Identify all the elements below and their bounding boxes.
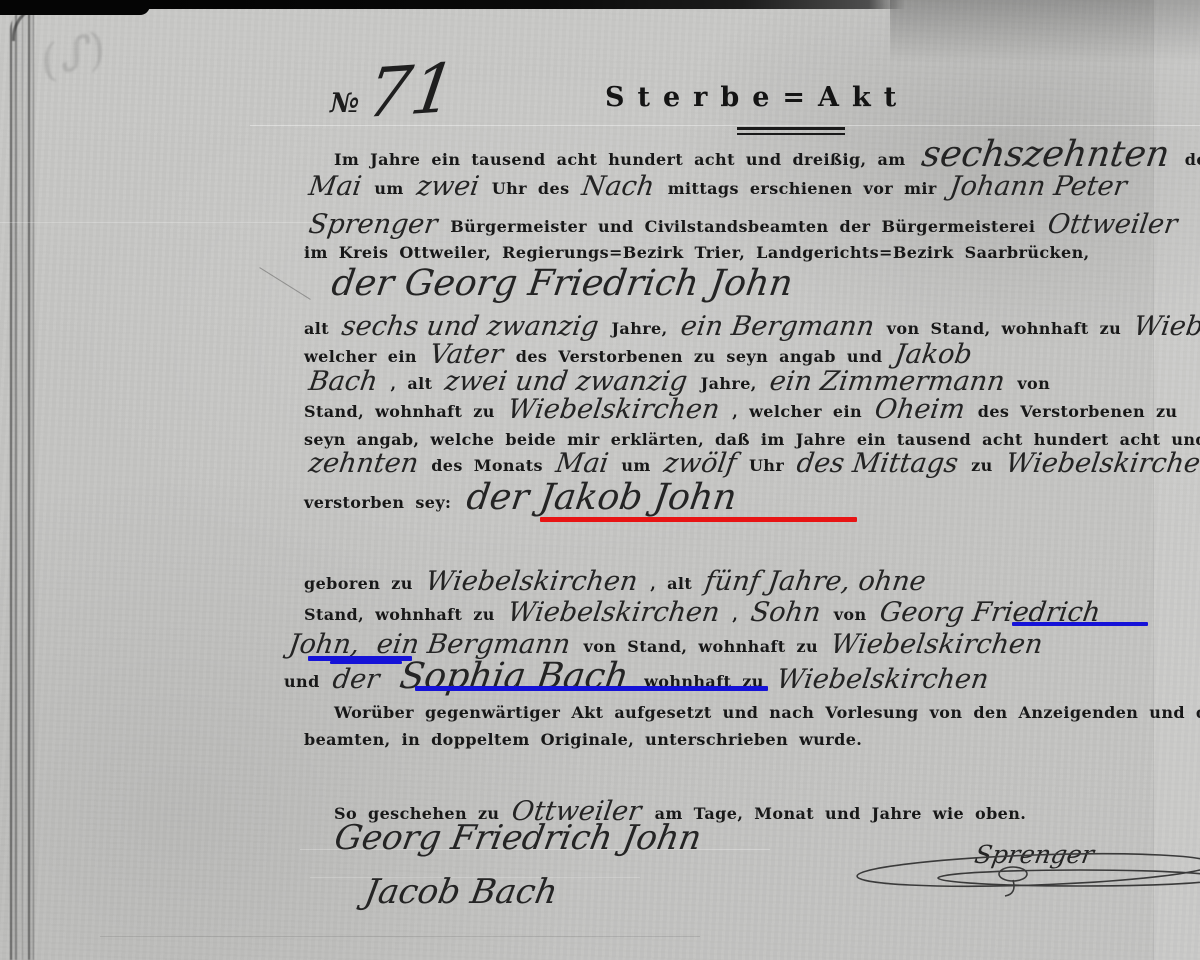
document-line: Im Jahre ein tausend acht hundert acht u…	[330, 133, 1200, 174]
printed-text: , welcher ein	[732, 402, 862, 421]
blue-underline	[330, 661, 402, 664]
scan-scratch	[100, 936, 700, 937]
red-underline	[540, 517, 857, 522]
printed-text: Jahre,	[611, 319, 667, 338]
handwritten-text: Nach	[580, 171, 657, 202]
handwritten-text: des Mittags	[795, 448, 960, 479]
printed-text: des Verstorbenen zu	[978, 402, 1178, 421]
printed-text: von	[834, 605, 867, 624]
document-line: beamten, in doppeltem Originale, untersc…	[300, 730, 866, 749]
signature: Georg Friedrich John	[331, 818, 704, 858]
printed-text: am Tage, Monat und Jahre wie oben.	[655, 804, 1027, 823]
title-underline	[737, 127, 845, 130]
handwritten-text: Wiebelskirchen	[424, 566, 640, 597]
scan-edge-top-left	[0, 0, 150, 15]
printed-text: des Verstorbenen zu seyn angab und	[516, 347, 883, 366]
handwritten-text: der Jakob John	[464, 477, 739, 518]
handwritten-text: Sprenger	[307, 209, 440, 240]
document-line: altsechs und zwanzigJahre,ein Bergmannvo…	[300, 310, 1200, 341]
printed-text: Worüber gegenwärtiger Akt aufgesetzt und…	[334, 703, 1200, 722]
document-line: Stand, wohnhaft zuWiebelskirchen,Sohnvon…	[300, 596, 1109, 627]
handwritten-text: zwölf	[662, 448, 739, 479]
document-line: Worüber gegenwärtiger Akt aufgesetzt und…	[330, 703, 1200, 722]
printed-text: Uhr des	[492, 179, 570, 198]
scanned-death-record-page: { "colors":{ "paper":"#c6c6c4", "print_i…	[0, 0, 1200, 960]
handwritten-text: der	[330, 664, 381, 695]
handwritten-text: Mai	[554, 448, 611, 479]
signature-flourish	[845, 828, 1200, 908]
printed-text: Uhr	[749, 456, 784, 475]
handwritten-text: Wiebelskirchen	[775, 664, 991, 695]
handwritten-text: Ottweiler	[1046, 209, 1179, 240]
printed-text: des Monats	[1185, 150, 1200, 169]
printed-text: des Monats	[431, 456, 543, 475]
printed-text: von Stand, wohnhaft zu	[887, 319, 1122, 338]
printed-text: welcher ein	[304, 347, 417, 366]
document-title: Sterbe=Akt	[605, 82, 909, 113]
printed-text: im Kreis Ottweiler, Regierungs=Bezirk Tr…	[304, 243, 1090, 262]
printed-text: geboren zu	[304, 574, 413, 593]
handwritten-text: sechszehnten	[919, 134, 1172, 175]
handwritten-text: zwei	[415, 171, 481, 202]
printed-text: Bürgermeister und Civilstandsbeamten der…	[450, 217, 1035, 236]
handwritten-text: Wiebelskirchen	[1132, 311, 1200, 342]
printed-text: ,	[732, 605, 738, 624]
document-line: MaiumzweiUhr desNachmittags erschienen v…	[300, 170, 1135, 201]
document-line: zehntendes MonatsMaiumzwölfUhrdes Mittag…	[300, 447, 1200, 478]
record-number-label: №	[330, 88, 359, 119]
printed-text: von Stand, wohnhaft zu	[584, 637, 819, 656]
document-line: der Georg Friedrich John	[320, 262, 804, 303]
handwritten-text: Sohn	[749, 597, 823, 628]
printed-text: und	[284, 672, 320, 691]
printed-text: beamten, in doppeltem Originale, untersc…	[304, 730, 862, 749]
blue-underline	[1012, 622, 1148, 626]
printed-text: zu	[971, 456, 993, 475]
signature: Jacob Bach	[361, 872, 560, 912]
handwritten-text: Wiebelskirchen	[1003, 448, 1200, 479]
handwritten-text: Johann Peter	[948, 171, 1129, 202]
document-line: Stand, wohnhaft zuWiebelskirchen, welche…	[300, 393, 1181, 424]
printed-text: um	[621, 456, 650, 475]
record-number-handwritten: 71	[362, 49, 461, 134]
handwritten-text: der Georg Friedrich John	[329, 263, 795, 304]
document-line: geboren zuWiebelskirchen, altfünf Jahre,…	[300, 565, 935, 596]
printed-text: Stand, wohnhaft zu	[304, 605, 495, 624]
printed-text: Jahre,	[701, 374, 757, 393]
document-line: verstorben sey:der Jakob John	[300, 476, 749, 517]
printed-text: von	[1017, 374, 1050, 393]
printed-text: Stand, wohnhaft zu	[304, 402, 495, 421]
book-binding-edge	[10, 6, 34, 960]
printed-text: , alt	[390, 374, 432, 393]
handwritten-text: fünf Jahre, ohne	[703, 566, 928, 597]
printed-text: mittags erschienen vor mir	[668, 179, 937, 198]
document-line: im Kreis Ottweiler, Regierungs=Bezirk Tr…	[300, 243, 1094, 262]
blue-underline	[415, 686, 768, 691]
handwritten-text: Wiebelskirchen	[506, 597, 722, 628]
printed-text: Im Jahre ein tausend acht hundert acht u…	[334, 150, 906, 169]
handwritten-text: Mai	[307, 171, 364, 202]
document-line: SprengerBürgermeister und Civilstandsbea…	[300, 208, 1186, 239]
document-line: Bach, altzwei und zwanzigJahre,ein Zimme…	[300, 365, 1054, 396]
printed-text: , alt	[650, 574, 692, 593]
printed-text: um	[374, 179, 403, 198]
printed-text: alt	[304, 319, 329, 338]
printed-text: verstorben sey:	[304, 493, 451, 512]
handwritten-text: zehnten	[307, 448, 421, 479]
